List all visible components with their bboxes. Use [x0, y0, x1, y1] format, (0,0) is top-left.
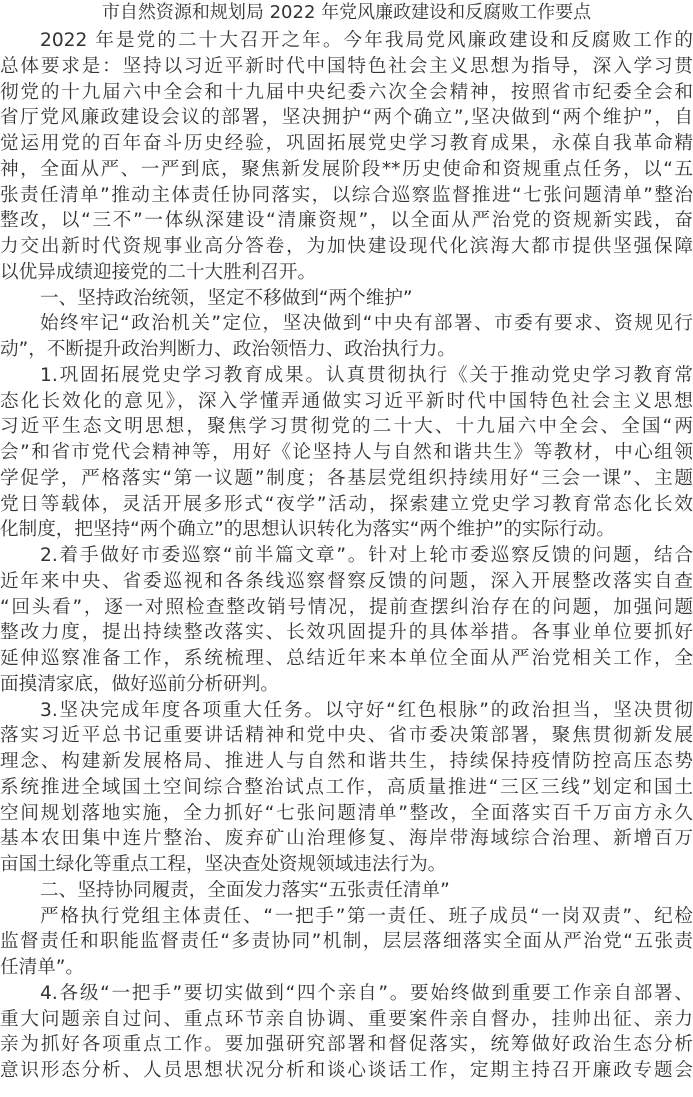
paragraph-line: 会”和省市党代会精神等，用好《论坚持人与自然和谐共生》等教材，中心组领 — [0, 440, 693, 466]
paragraph-line: 觉运用党的百年奋斗历史经验，巩固拓展党史学习教育成果，永葆自我革命精 — [0, 131, 693, 157]
paragraph-line: 2022 年是党的二十大召开之年。今年我局党风廉政建设和反腐败工作的 — [0, 28, 693, 54]
paragraph-line: 系统推进全域国土空间综合整治试点工作，高质量推进“三区三线”划定和国土 — [0, 775, 693, 801]
paragraph-line: 任清单”。 — [0, 955, 693, 981]
paragraph-line: 1.巩固拓展党史学习教育成果。认真贯彻执行《关于推动党史学习教育常 — [0, 363, 693, 389]
paragraph-line: 张责任清单”推动主体责任协同落实，以综合巡察监督推进“七张问题清单”整治 — [0, 183, 693, 209]
paragraph-line: 意识形态分析、人员思想状况分析和谈心谈话工作，定期主持召开廉政专题会 — [0, 1058, 693, 1084]
paragraph-line: 重大问题亲自过问、重点环节亲自协调、重要案件亲自督办，挂帅出征、亲力 — [0, 1007, 693, 1033]
paragraph-line: 态化长效化的意见》，深入学懂弄通做实习近平新时代中国特色社会主义思想 — [0, 389, 693, 415]
paragraph-line: 落实习近平总书记重要讲话精神和党中央、省市委决策部署，聚焦贯彻新发展 — [0, 723, 693, 749]
paragraph-line: “回头看”，逐一对照检查整改销号情况，提前查摆纠治存在的问题，加强问题 — [0, 595, 693, 621]
paragraph-line: 理念、构建新发展格局、推进人与自然和谐共生，持续保持疫情防控高压态势 — [0, 749, 693, 775]
paragraph-line: 延伸巡察准备工作，系统梳理、总结近年来本单位全面从严治党相关工作，全 — [0, 646, 693, 672]
paragraph-line: 面摸清家底，做好巡前分析研判。 — [0, 672, 693, 698]
paragraph-line: 空间规划落地实施，全力抓好“七张问题清单”整改，全面落实百千万亩方永久 — [0, 801, 693, 827]
paragraph-line: 总体要求是：坚持以习近平新时代中国特色社会主义思想为指导，深入学习贯 — [0, 54, 693, 80]
paragraph-line: 省厅党风廉政建设会议的部署，坚决拥护“两个确立”,坚决做到“两个维护”，自 — [0, 105, 693, 131]
paragraph-line: 学促学，严格落实“第一议题”制度；各基层党组织持续用好“三会一课”、主题 — [0, 466, 693, 492]
paragraph-line: 近年来中央、省委巡视和各条线巡察督察反馈的问题，深入开展整改落实自查 — [0, 569, 693, 595]
paragraph-line: 始终牢记“政治机关”定位，坚决做到“中央有部署、市委有要求、资规见行 — [0, 311, 693, 337]
paragraph-line: 彻党的十九届六中全会和十九届中央纪委六次全会精神，按照省市纪委全会和 — [0, 80, 693, 106]
paragraph-line: 亲为抓好各项重点工作。要加强研究部署和督促落实，统筹做好政治生态分析 — [0, 1032, 693, 1058]
paragraph-line: 4.各级“一把手”要切实做到“四个亲自”。要始终做到重要工作亲自部署、 — [0, 981, 693, 1007]
paragraph-line: 化制度，把坚持“两个确立”的思想认识转化为落实“两个维护”的实际行动。 — [0, 517, 693, 543]
paragraph-line: 严格执行党组主体责任、“一把手”第一责任、班子成员“一岗双责”、纪检 — [0, 904, 693, 930]
paragraph-line: 整改力度，提出持续整改落实、长效巩固提升的具体举措。各事业单位要抓好 — [0, 620, 693, 646]
document-title: 市自然资源和规划局 2022 年党风廉政建设和反腐败工作要点 — [0, 0, 693, 26]
paragraph-line: 2.着手做好市委巡察“前半篇文章”。针对上轮市委巡察反馈的问题，结合 — [0, 543, 693, 569]
paragraph-line: 整改，以“三不”一体纵深建设“清廉资规”，以全面从严治党的资规新实践，奋 — [0, 208, 693, 234]
paragraph-line: 监督责任和职能监督责任“多责协同”机制，层层落细落实全面从严治党“五张责 — [0, 929, 693, 955]
section-heading: 一、坚持政治统领，坚定不移做到“两个维护” — [0, 286, 693, 312]
paragraph-line: 亩国土绿化等重点工程，坚决查处资规领域违法行为。 — [0, 852, 693, 878]
paragraph-line: 基本农田集中连片整治、废弃矿山治理修复、海岸带海域综合治理、新增百万 — [0, 826, 693, 852]
paragraph-line: 神，全面从严、一严到底，聚焦新发展阶段**历史使命和资规重点任务，以“五 — [0, 157, 693, 183]
paragraph-line: 习近平生态文明思想，聚焦学习贯彻党的二十大、十九届六中全会、全国“两 — [0, 414, 693, 440]
paragraph-line: 3.坚决完成年度各项重大任务。以守好“红色根脉”的政治担当，坚决贯彻 — [0, 698, 693, 724]
paragraph-line: 党日等载体，灵活开展多形式“夜学”活动，探索建立党史学习教育常态化长效 — [0, 492, 693, 518]
paragraph-line: 动”，不断提升政治判断力、政治领悟力、政治执行力。 — [0, 337, 693, 363]
section-heading: 二、坚持协同履责，全面发力落实“五张责任清单” — [0, 878, 693, 904]
paragraph-line: 力交出新时代资规事业高分答卷，为加快建设现代化滨海大都市提供坚强保障 — [0, 234, 693, 260]
paragraph-line: 以优异成绩迎接党的二十大胜利召开。 — [0, 260, 693, 286]
